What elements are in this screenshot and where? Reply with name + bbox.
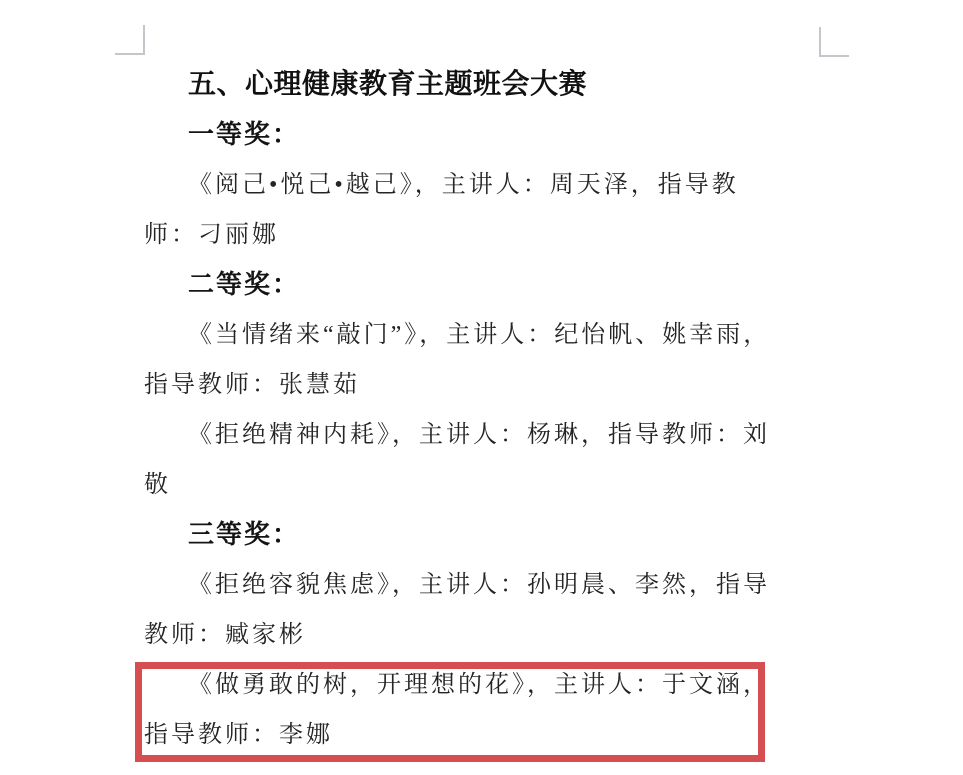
award-label-first-prize: 一等奖： <box>144 110 784 160</box>
entry-line: 指导教师：张慧茹 <box>144 360 784 410</box>
award-label-second-prize: 二等奖： <box>144 260 784 310</box>
entry-line: 教师：臧家彬 <box>144 610 784 660</box>
entry-line: 《拒绝容貌焦虑》，主讲人：孙明晨、李然，指导 <box>144 560 784 610</box>
text-boundary-mark-top-left <box>115 25 145 55</box>
document-content: 五、心理健康教育主题班会大赛 一等奖： 《阅己•悦己•越己》，主讲人：周天泽，指… <box>144 60 784 760</box>
entry-line highlighted-entry-line-1: 《做勇敢的树，开理想的花》，主讲人：于文涵， <box>144 660 784 710</box>
entry-line: 《拒绝精神内耗》，主讲人：杨琳，指导教师：刘 <box>144 410 784 460</box>
entry-line: 师：刁丽娜 <box>144 210 784 260</box>
entry-line highlighted-entry-line-2: 指导教师：李娜 <box>144 710 784 760</box>
entry-line: 敬 <box>144 460 784 510</box>
document-page: 五、心理健康教育主题班会大赛 一等奖： 《阅己•悦己•越己》，主讲人：周天泽，指… <box>0 0 963 775</box>
section-heading: 五、心理健康教育主题班会大赛 <box>144 60 784 110</box>
award-label-third-prize: 三等奖： <box>144 510 784 560</box>
text-boundary-mark-top-right <box>819 27 849 57</box>
entry-line: 《阅己•悦己•越己》，主讲人：周天泽，指导教 <box>144 160 784 210</box>
entry-line: 《当情绪来“敲门”》，主讲人：纪怡帆、姚幸雨， <box>144 310 784 360</box>
